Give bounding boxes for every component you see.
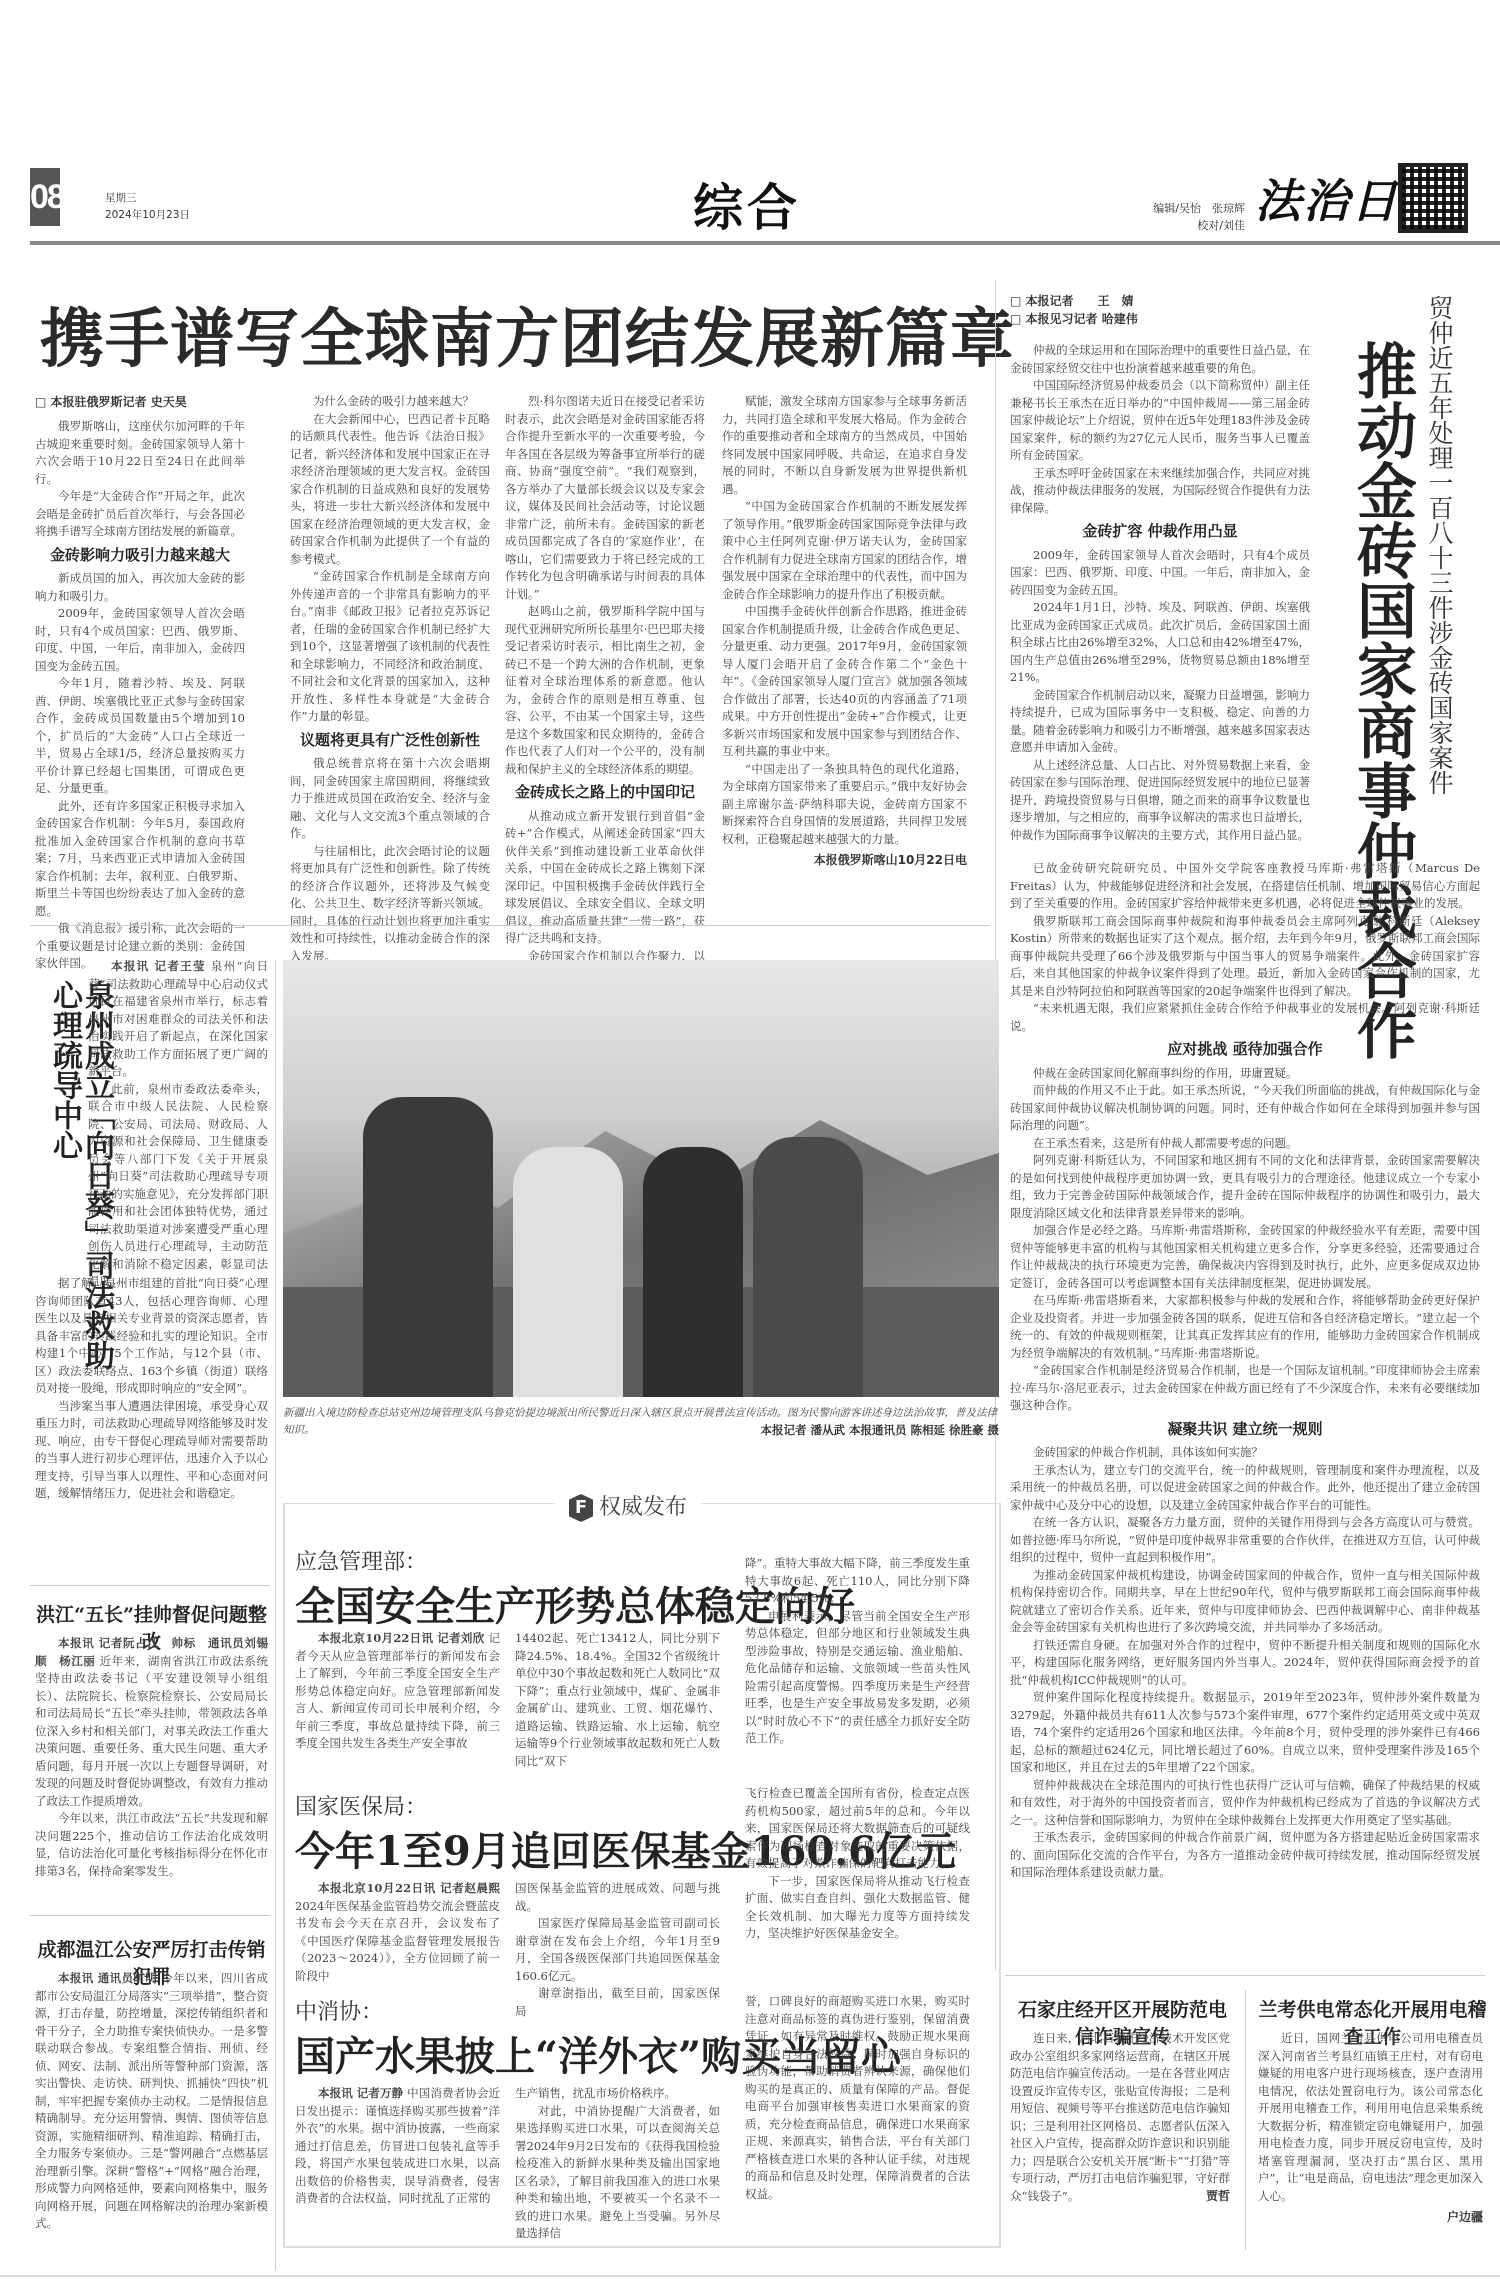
- section-title: 综合: [693, 168, 801, 240]
- auth-item-1-kicker: 应急管理部：: [295, 1545, 427, 1576]
- right-subtitle-vertical: 贸仲近五年处理一百八十三件涉金砖国家案件: [1412, 295, 1452, 795]
- column-divider: [1245, 1990, 1246, 2250]
- right-subhead-2: 应对挑战 亟待加强合作: [1010, 1041, 1480, 1059]
- section-divider: [30, 925, 990, 926]
- column-divider: [275, 960, 276, 2270]
- photo-officer-2: [643, 1147, 743, 1397]
- auth-item-3-kicker: 中消协：: [295, 1995, 383, 2026]
- lead-column-3: 烈·科尔图诺夫近日在接受记者采访时表示，此次会晤是对金砖国家能否将合作提升至新水…: [505, 393, 705, 983]
- auth-item-3-col3: 誉，口碑良好的商超购买进口水果，购买时注意对商品标签的真伪进行鉴别，保留消费凭证…: [745, 1993, 970, 2203]
- brief-divider: [30, 1915, 270, 1916]
- newspaper-page: 08 星期三 2024年10月23日 综合 编辑/吴怡 张琼辉 校对/刘佳 法治…: [0, 0, 1500, 2279]
- qr-code-icon[interactable]: [1398, 163, 1468, 233]
- lead-headline: 携手谱写全球南方团结发展新篇章: [40, 288, 1015, 380]
- brief-divider: [30, 1585, 270, 1586]
- photo-caption: 新疆出入境边防检查总站克州边境管理支队乌鲁克恰提边境派出所民警近日深入辖区景点开…: [283, 1405, 999, 1439]
- lead-column-4: 赋能，激发全球南方国家参与全球事务新活力，共同打造全球和平发展大格局。作为金砖合…: [722, 393, 967, 870]
- page-bottom-rule: [0, 2275, 1500, 2277]
- photo-tourist: [513, 1147, 623, 1397]
- auth-item-1-col1: 本报北京10月22日讯 记者刘欣 记者今天从应急管理部举行的新闻发布会上了解到，…: [295, 1630, 500, 1753]
- auth-item-2-col1: 本报北京10月22日讯 记者赵晨熙 2024年医保基金监管趋势交流会暨蓝皮书发布…: [295, 1880, 500, 1985]
- issue-date: 2024年10月23日: [105, 207, 190, 224]
- lead-dateline: 本报俄罗斯喀山10月22日电: [722, 852, 967, 870]
- editors-line: 编辑/吴怡 张琼辉: [1125, 200, 1245, 217]
- auth-item-1-col2: 14402起、死亡13412人，同比分别下降24.5%、18.4%。全国32个省…: [515, 1630, 720, 1770]
- brief-lankao-body: 近日，国网兰考县供电公司用电稽查员深入河南省兰考县红庙镇王庄村，对有窃电嫌疑的用…: [1258, 2030, 1483, 2227]
- right-byline-1: □ 本报记者 王 婧: [1010, 292, 1134, 309]
- auth-item-2-kicker: 国家医保局：: [295, 1790, 427, 1821]
- right-body: 已故金砖研究院研究员、中国外交学院客座教授马库斯·弗雷塔斯（Marcus De …: [1010, 860, 1480, 1882]
- auth-item-2-col3: 飞行检查已覆盖全国所有省份，检查定点医药机构500家，超过前5年的总和。今年以来…: [745, 1785, 970, 1943]
- authority-f-icon: F: [569, 1494, 593, 1522]
- right-subhead-1: 金砖扩容 仲裁作用凸显: [1010, 523, 1310, 541]
- lead-subhead-2: 议题将更具有广泛性创新性: [290, 732, 490, 750]
- brief-shijiazhuang-body: 连日来，河北石家庄经济技术开发区党政办公室组织多家网络运营商，在辖区开展防范电信…: [1010, 2030, 1230, 2206]
- brief-lankao-author: 户边疆: [1258, 2209, 1483, 2227]
- editors-credit: 编辑/吴怡 张琼辉 校对/刘佳: [1125, 200, 1245, 234]
- photo-tourist-2: [753, 1137, 863, 1397]
- brief-3-body: 本报讯 通讯员旷明 今年以来，四川省成都市公安局温江分局落实“三项举措”，整合资…: [35, 1970, 268, 2233]
- auth-item-2-col2: 国医保基金监管的进展成效、问题与挑战。 国家医疗保障局基金监管司副司长谢章澍在发…: [515, 1880, 720, 2020]
- lead-column-2: 为什么金砖的吸引力越来越大？ 在大会新闻中心，巴西记者卡瓦略的话颇具代表性。他告…: [290, 393, 490, 1018]
- right-subhead-3: 凝聚共识 建立统一规则: [1010, 1421, 1480, 1439]
- brief-1-lead-label: 本报讯: [111, 959, 150, 973]
- right-intro: 仲裁的全球运用和在国际治理中的重要性日益凸显，在金砖国家经贸交往中也扮演着越来越…: [1010, 342, 1310, 844]
- lead-subhead-3: 金砖成长之路上的中国印记: [505, 784, 705, 802]
- auth-item-3-col1: 本报讯 记者万静 中国消费者协会近日发出提示：谨慎选择购买那些披着“洋外衣”的水…: [295, 2085, 500, 2208]
- page-number: 08: [30, 168, 60, 226]
- lead-column-1: 俄罗斯喀山，这座伏尔加河畔的千年古城迎来重要时刻。金砖国家领导人第十六次会晤于1…: [35, 418, 245, 973]
- news-photo: [283, 960, 999, 1397]
- issue-date-block: 星期三 2024年10月23日: [105, 190, 190, 224]
- lead-subhead-1: 金砖影响力吸引力越来越大: [35, 547, 245, 565]
- brief-1-body-cont: 据了解，泉州市组建的首批“向日葵”心理咨询师团队有43人，包括心理咨询师、心理医…: [35, 1275, 268, 1503]
- auth-item-1-col3: 降”。重特大事故大幅下降，前三季度发生重特大事故6起、死亡110人，同比分别下降…: [745, 1555, 970, 1748]
- brief-1-body: 本报讯 记者王莹 泉州“向日葵”司法救助心理疏导中心启动仪式近日在福建省泉州市举…: [88, 958, 268, 1291]
- auth-item-3-col2: 生产销售，扰乱市场价格秩序。 对此，中消协提醒广大消费者，如果选择购买进口水果，…: [515, 2085, 720, 2243]
- header-divider: [30, 241, 1500, 245]
- brief-2-body: 本报讯 记者阮占江 帅标 通讯员刘锡顺 杨江丽 近年来，湖南省洪江市政法系统坚持…: [35, 1635, 268, 1880]
- section-divider: [1005, 1975, 1485, 1976]
- right-byline-2: □ 本报见习记者 哈建伟: [1010, 310, 1138, 327]
- photo-credit: 本报记者 潘从武 本报通讯员 陈相延 徐胜豪 摄: [760, 1422, 999, 1439]
- authority-release-label: F权威发布: [555, 1490, 701, 1522]
- lead-byline: □ 本报驻俄罗斯记者 史天昊: [35, 393, 187, 410]
- proofreader-line: 校对/刘佳: [1125, 217, 1245, 234]
- weekday: 星期三: [105, 190, 190, 207]
- photo-officer: [363, 1097, 493, 1397]
